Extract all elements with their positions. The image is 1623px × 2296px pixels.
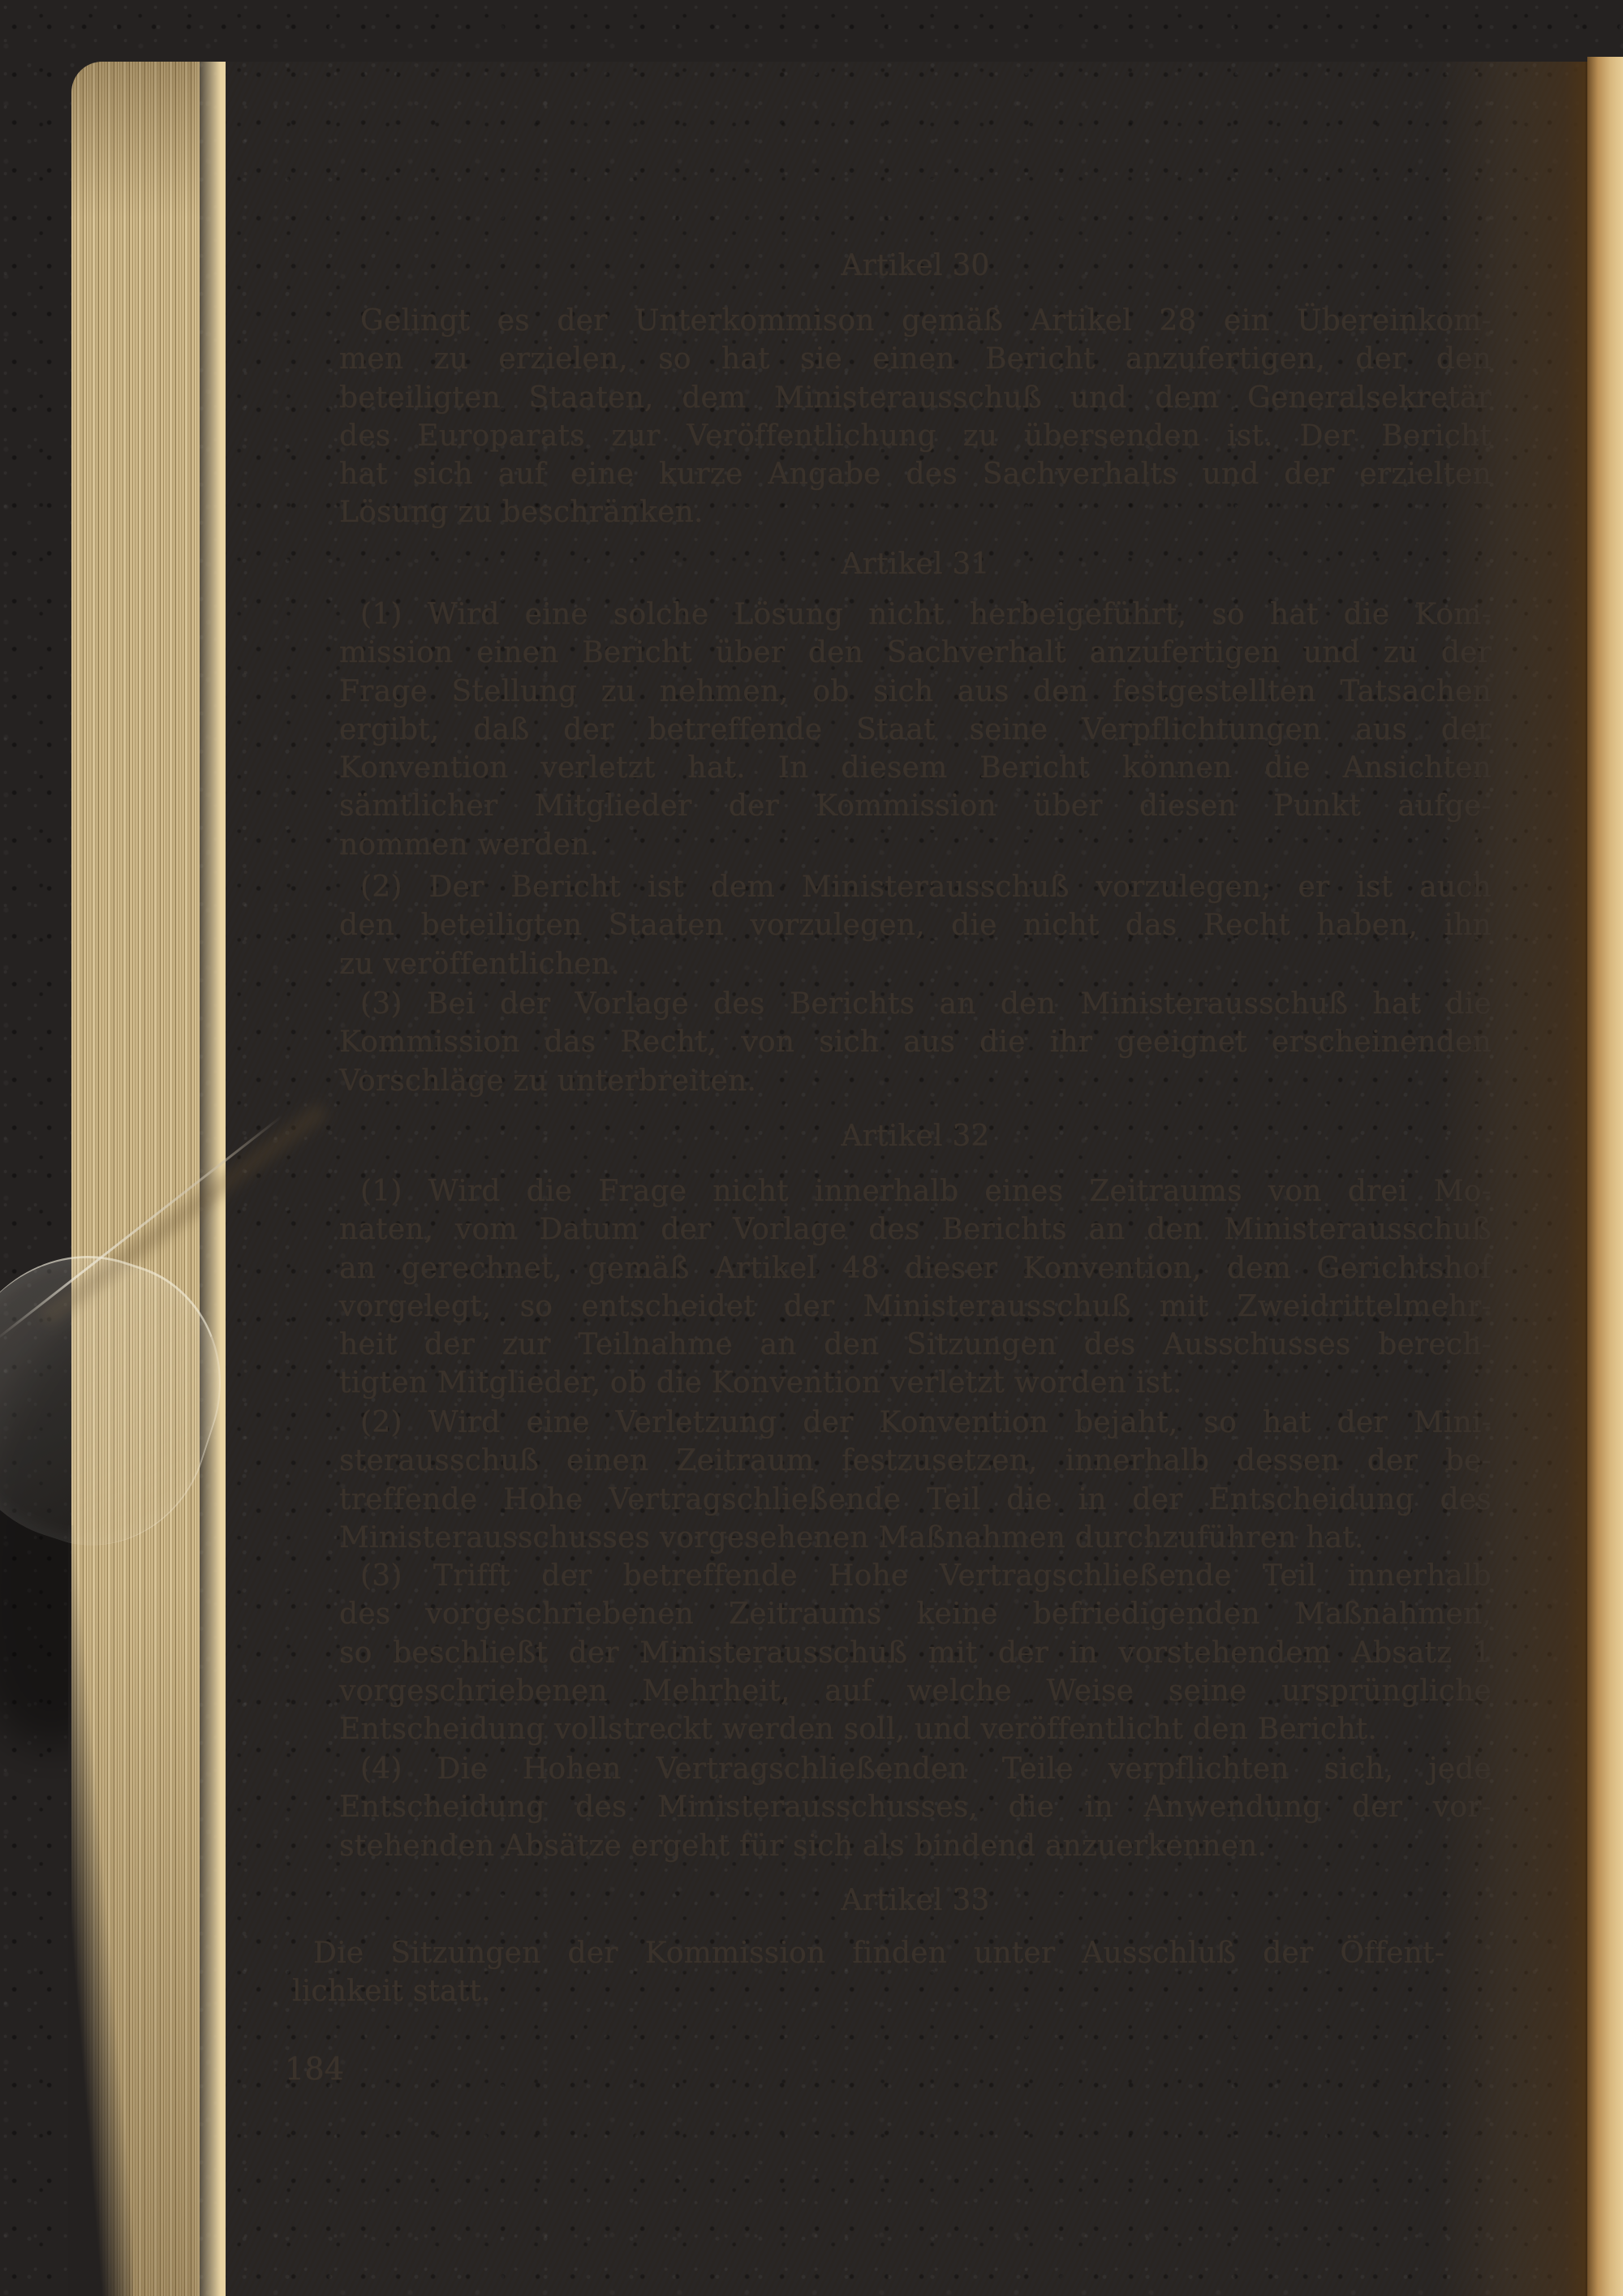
text-line: sterausschuß einen Zeitraum festzusetzen… — [339, 1442, 1492, 1480]
text-line: Lösung zu beschränken. — [339, 493, 1492, 531]
text-line: vorgelegt, so entscheidet der Ministerau… — [339, 1288, 1492, 1326]
text-line: Die Sitzungen der Kommission finden unte… — [292, 1934, 1444, 1972]
article-heading: Artikel 30 — [339, 247, 1492, 285]
paragraph: (4) Die Hohen Vertragschließenden Teile … — [339, 1750, 1492, 1865]
paragraph: (3) Trifft der betreffende Hohe Vertrags… — [339, 1557, 1492, 1748]
text-line: so beschließt der Ministerausschuß mit d… — [339, 1634, 1492, 1672]
text-line: stehenden Absätze ergeht für sich als bi… — [339, 1827, 1492, 1865]
text-line: (3) Trifft der betreffende Hohe Vertrags… — [339, 1557, 1492, 1595]
text-line: ergibt, daß der betreffende Staat seine … — [339, 711, 1492, 749]
text-line: tigten Mitglieder, ob die Konvention ver… — [339, 1364, 1492, 1402]
text-line: Vorschläge zu unterbreiten. — [339, 1062, 1492, 1100]
text-line: des vorgeschriebenen Zeitraums keine bef… — [339, 1595, 1492, 1633]
text-line: Kommission das Recht, von sich aus die i… — [339, 1023, 1492, 1061]
page-text: Artikel 30Gelingt es der Unterkommison g… — [71, 62, 1589, 2296]
text-line: (3) Bei der Vorlage des Berichts an den … — [339, 985, 1492, 1023]
text-line: des Europarats zur Veröffentlichung zu ü… — [339, 417, 1492, 455]
text-line: (1) Wird die Frage nicht innerhalb eines… — [339, 1172, 1492, 1210]
article-heading: Artikel 32 — [339, 1117, 1492, 1155]
article-heading: Artikel 33 — [339, 1881, 1492, 1920]
text-line: Ministerausschusses vorgesehenen Maßnahm… — [339, 1519, 1492, 1557]
fabric-corner-shadow — [68, 1525, 133, 2296]
paragraph: Gelingt es der Unterkommison gemäß Artik… — [339, 302, 1492, 532]
text-line: den beteiligten Staaten vorzulegen, die … — [339, 906, 1492, 944]
paragraph: Die Sitzungen der Kommission finden unte… — [292, 1934, 1444, 2011]
text-line: beteiligten Staaten, dem Ministerausschu… — [339, 379, 1492, 417]
text-line: nommen werden. — [339, 826, 1492, 864]
paragraph: (3) Bei der Vorlage des Berichts an den … — [339, 985, 1492, 1100]
text-line: Entscheidung des Ministerausschusses, di… — [339, 1788, 1492, 1826]
text-line: mission einen Bericht über den Sachverha… — [339, 634, 1492, 672]
text-line: (4) Die Hohen Vertragschließenden Teile … — [339, 1750, 1492, 1788]
text-line: hat sich auf eine kurze Angabe des Sachv… — [339, 455, 1492, 493]
text-line: (2) Der Bericht ist dem Ministerausschuß… — [339, 868, 1492, 906]
text-line: (1) Wird eine solche Lösung nicht herbei… — [339, 595, 1492, 634]
text-line: heit der zur Teilnahme an den Sitzungen … — [339, 1326, 1492, 1364]
text-line: lichkeit statt. — [292, 1972, 1444, 2010]
paragraph: (1) Wird eine solche Lösung nicht herbei… — [339, 595, 1492, 864]
text-line: zu veröffentlichen. — [339, 945, 1492, 983]
text-line: Entscheidung vollstreckt werden soll, un… — [339, 1710, 1492, 1748]
paragraph: (2) Der Bericht ist dem Ministerausschuß… — [339, 868, 1492, 983]
text-line: Konvention verletzt hat. In diesem Beric… — [339, 749, 1492, 787]
page-number: 184 — [285, 2050, 480, 2088]
paragraph: (1) Wird die Frage nicht innerhalb eines… — [339, 1172, 1492, 1403]
text-line: Gelingt es der Unterkommison gemäß Artik… — [339, 302, 1492, 340]
text-line: Frage Stellung zu nehmen, ob sich aus de… — [339, 673, 1492, 711]
photograph-of-book-page: { "document": { "language": "de", "page_… — [0, 0, 1623, 2296]
text-line: treffende Hohe Vertragschließende Teil d… — [339, 1481, 1492, 1519]
book-page: Artikel 30Gelingt es der Unterkommison g… — [71, 62, 1589, 2296]
text-line: (2) Wird eine Verletzung der Konvention … — [339, 1404, 1492, 1442]
text-line: sämtlicher Mitglieder der Kommission übe… — [339, 787, 1492, 825]
text-line: an gerechnet, gemäß Artikel 48 dieser Ko… — [339, 1249, 1492, 1288]
text-line: naten, vom Datum der Vorlage des Bericht… — [339, 1210, 1492, 1249]
text-line: vorgeschriebenen Mehrheit, auf welche We… — [339, 1672, 1492, 1710]
article-heading: Artikel 31 — [339, 545, 1492, 583]
text-line: men zu erzielen, so hat sie einen Berich… — [339, 340, 1492, 378]
facing-page-edge — [1587, 57, 1623, 2296]
paragraph: (2) Wird eine Verletzung der Konvention … — [339, 1404, 1492, 1557]
